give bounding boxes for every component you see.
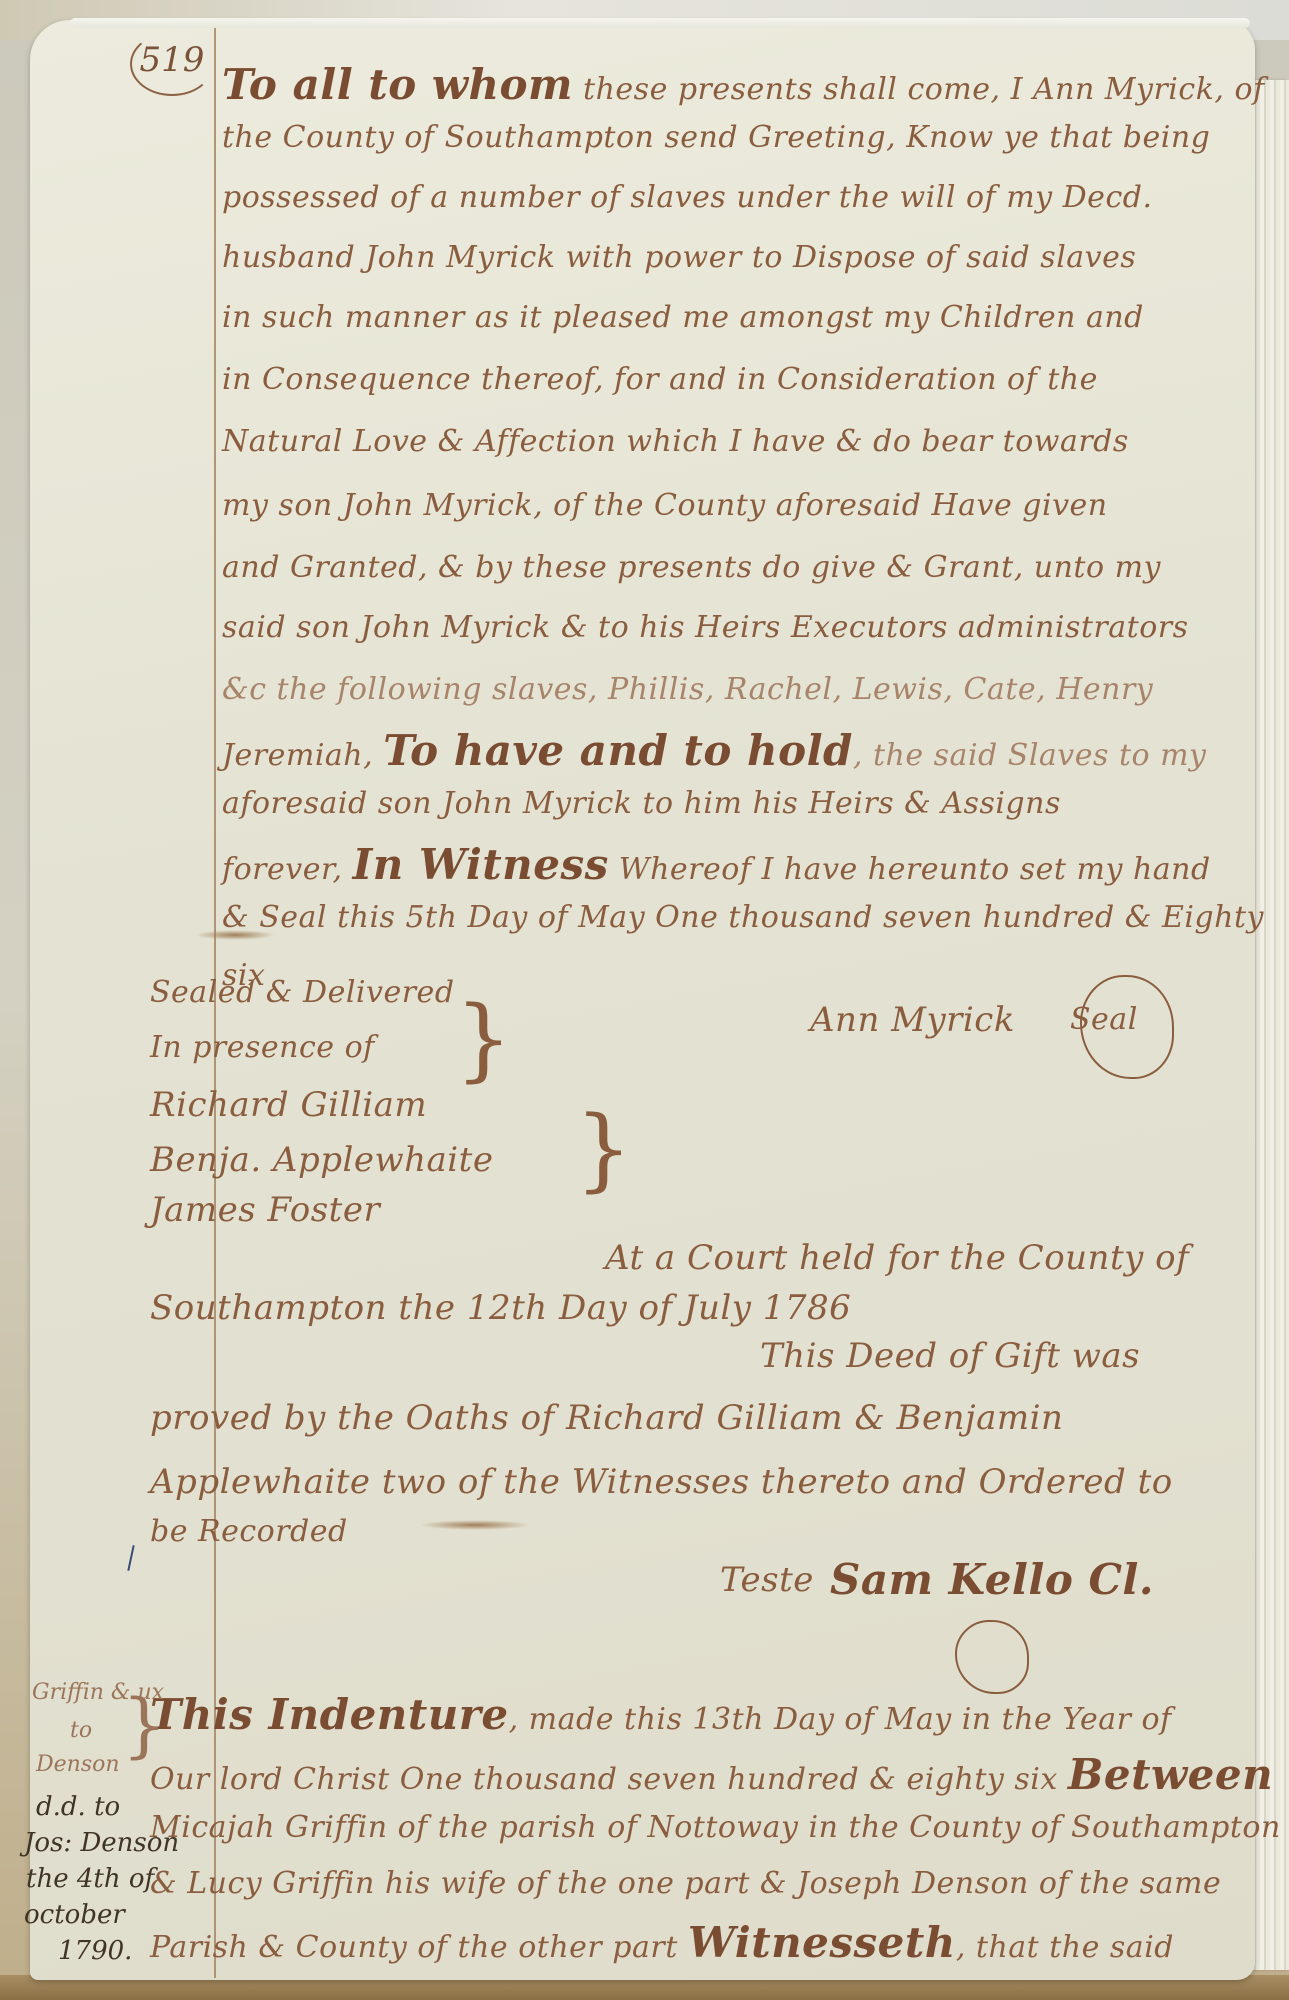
court-line: Southampton the 12th Day of July 1786	[150, 1288, 851, 1328]
clerk-signature: Sam Kello Cl.	[830, 1555, 1154, 1604]
ink-blot	[195, 930, 275, 940]
grantor-signature: Ann Myrick	[810, 1000, 1015, 1040]
margin-delivery-note: the 4th of	[26, 1864, 154, 1894]
deed-line: said son John Myrick & to his Heirs Exec…	[222, 610, 1189, 645]
indenture-line: This Indenture, made this 13th Day of Ma…	[150, 1690, 1172, 1739]
attestation-heading: In presence of	[150, 1030, 375, 1065]
deed-line: husband John Myrick with power to Dispos…	[222, 240, 1136, 275]
teste-label: Teste	[720, 1560, 814, 1600]
deed-line: possessed of a number of slaves under th…	[222, 180, 1152, 215]
margin-index-note: Denson	[36, 1752, 120, 1777]
deed-line: aforesaid son John Myrick to him his Hei…	[222, 786, 1061, 821]
indenture-line: Our lord Christ One thousand seven hundr…	[150, 1750, 1273, 1799]
deed-line: the County of Southampton send Greeting,…	[222, 120, 1210, 155]
witness-name: Richard Gilliam	[150, 1085, 427, 1125]
deed-line: To all to whom these presents shall come…	[222, 60, 1265, 109]
indenture-line: Parish & County of the other part Witnes…	[150, 1918, 1174, 1967]
page-top-edge	[70, 18, 1250, 28]
margin-delivery-note: 1790.	[58, 1936, 132, 1966]
court-line: proved by the Oaths of Richard Gilliam &…	[150, 1398, 1063, 1438]
margin-delivery-note: october	[24, 1900, 125, 1930]
deed-line: Jeremiah, To have and to hold, the said …	[222, 726, 1207, 775]
deed-line: and Granted, & by these presents do give…	[222, 550, 1161, 585]
indenture-line: Micajah Griffin of the parish of Nottowa…	[150, 1810, 1281, 1845]
brace-icon: }	[122, 1690, 167, 1760]
brace-icon: }	[575, 1105, 632, 1195]
deed-line: &c the following slaves, Phillis, Rachel…	[222, 672, 1153, 707]
margin-delivery-note: Jos: Denson	[24, 1828, 179, 1858]
court-line: be Recorded	[150, 1514, 348, 1549]
deed-line: Natural Love & Affection which I have & …	[222, 424, 1129, 459]
page-stack-edge	[1250, 80, 1289, 1970]
brace-icon: }	[455, 995, 512, 1085]
margin-delivery-note: d.d. to	[36, 1792, 120, 1822]
ink-blot	[420, 1520, 530, 1530]
court-line: At a Court held for the County of	[605, 1238, 1189, 1278]
court-line: Applewhaite two of the Witnesses thereto…	[150, 1462, 1173, 1502]
margin-index-note: to	[70, 1718, 92, 1743]
deed-line: in Consequence thereof, for and in Consi…	[222, 362, 1098, 397]
deed-line: forever, In Witness Whereof I have hereu…	[222, 840, 1211, 889]
deed-line: in such manner as it pleased me amongst …	[222, 300, 1144, 335]
deed-line: & Seal this 5th Day of May One thousand …	[222, 900, 1264, 935]
attestation-heading: Sealed & Delivered	[150, 975, 455, 1010]
witness-name: Benja. Applewhaite	[150, 1140, 493, 1180]
scanned-manuscript-scene: 519 To all to whom these presents shall …	[0, 0, 1289, 2000]
court-line: This Deed of Gift was	[760, 1336, 1140, 1376]
folio-number: 519	[130, 32, 214, 96]
deed-line: my son John Myrick, of the County afores…	[222, 488, 1108, 523]
indenture-line: & Lucy Griffin his wife of the one part …	[150, 1866, 1221, 1901]
witness-name: James Foster	[150, 1190, 380, 1230]
